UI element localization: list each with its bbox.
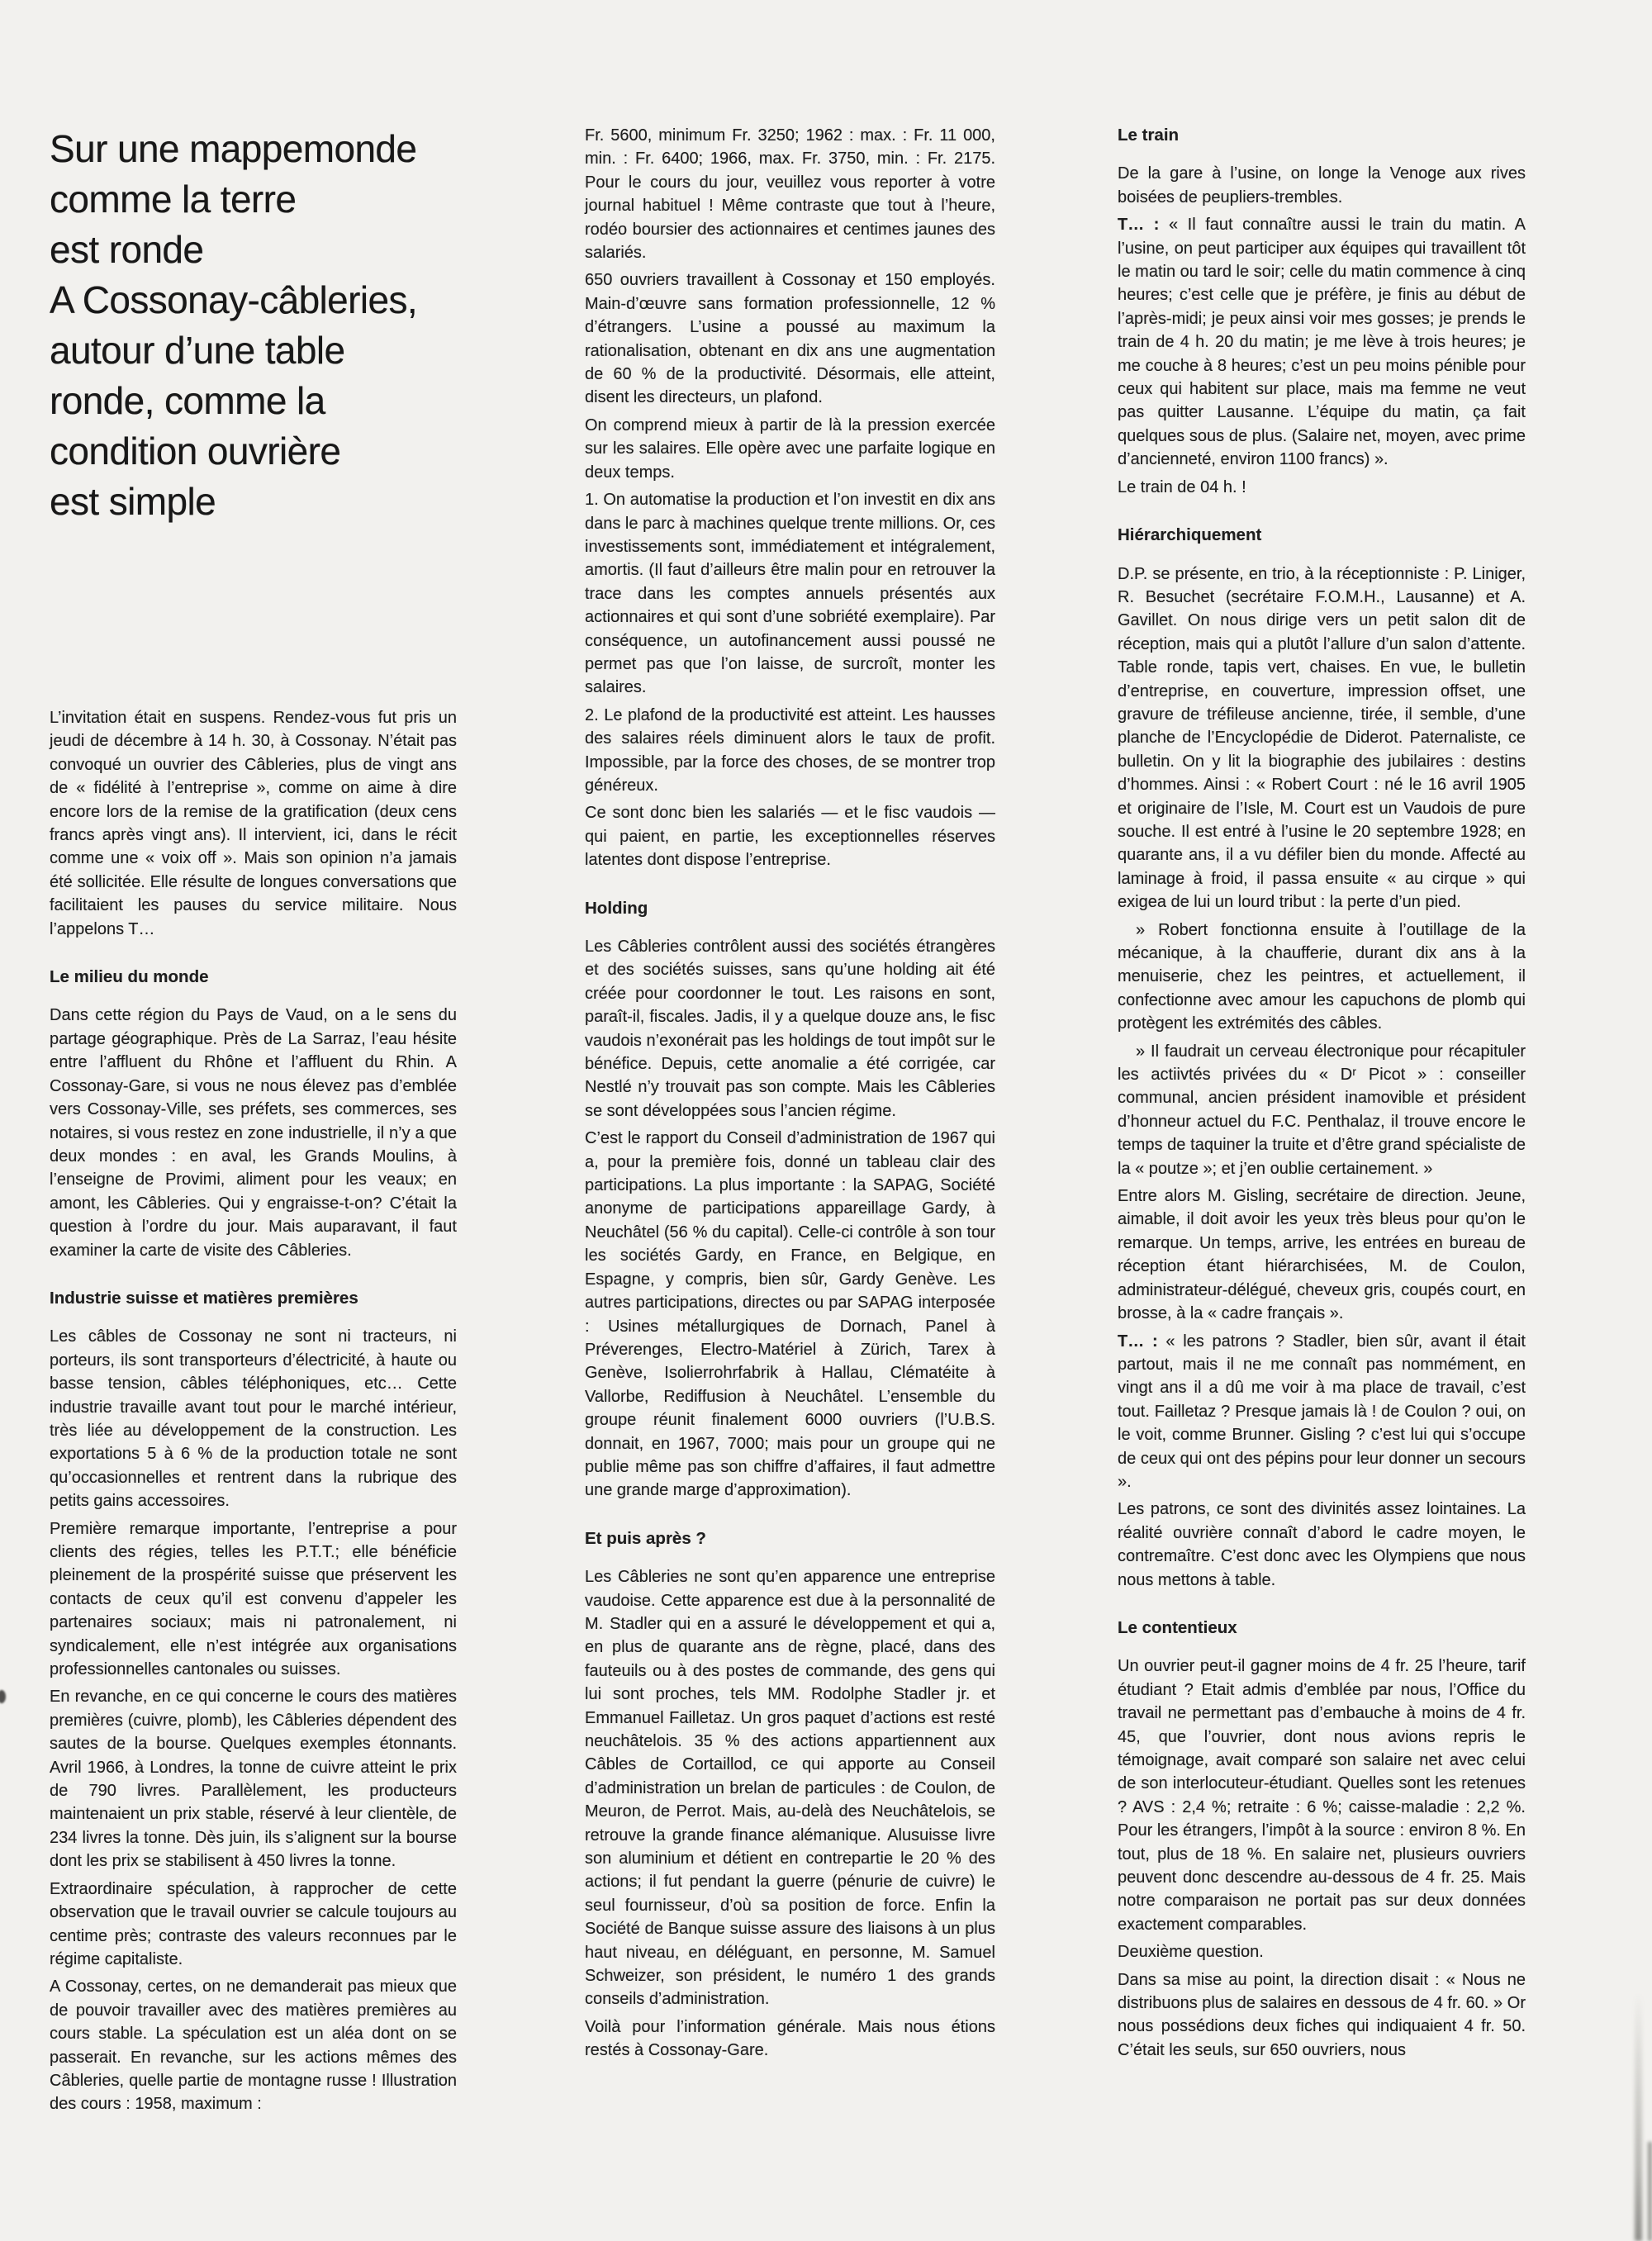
section-heading-le-contentieux: Le contentieux <box>1118 1617 1526 1640</box>
paragraph: Les patrons, ce sont des divinités assez… <box>1118 1498 1526 1592</box>
paragraph: De la gare à l’usine, on longe la Venoge… <box>1118 162 1526 209</box>
paragraph: Voilà pour l’information générale. Mais … <box>585 2015 995 2063</box>
paragraph: Fr. 5600, minimum Fr. 3250; 1962 : max. … <box>585 124 995 264</box>
speaker-label: T… : <box>1118 1332 1165 1351</box>
section-heading-industrie-suisse: Industrie suisse et matières premières <box>50 1287 457 1310</box>
paragraph: Ce sont donc bien les salariés — et le f… <box>585 801 995 871</box>
scan-artifact-right-streak <box>1635 1993 1642 2241</box>
paragraph: C’est le rapport du Conseil d’administra… <box>585 1127 995 1503</box>
column-right: Le train De la gare à l’usine, on longe … <box>1118 124 1526 2066</box>
paragraph: En revanche, en ce qui concerne le cours… <box>50 1685 457 1873</box>
paragraph: Dans cette région du Pays de Vaud, on a … <box>50 1004 457 1261</box>
scan-artifact-corner <box>1648 2142 1652 2241</box>
quote-text: « Il faut connaître aussi le train du ma… <box>1118 216 1526 468</box>
headline-line: ronde, comme la <box>50 376 457 426</box>
paragraph: Un ouvrier peut-il gagner moins de 4 fr.… <box>1118 1655 1526 1936</box>
paragraph: Dans sa mise au point, la direction disa… <box>1118 1968 1526 2063</box>
paragraph: 2. Le plafond de la productivité est att… <box>585 704 995 798</box>
scan-artifact-speck <box>0 1690 6 1703</box>
paragraph-quote-continued: » Il faudrait un cerveau électronique po… <box>1118 1040 1526 1180</box>
speaker-label: T… : <box>1118 216 1169 234</box>
paragraph: A Cossonay, certes, on ne demanderait pa… <box>50 1975 457 2115</box>
section-heading-et-puis-apres: Et puis après ? <box>585 1527 995 1550</box>
headline-line: autour d’une table <box>50 325 457 376</box>
paragraph: Première remarque importante, l’entrepri… <box>50 1517 457 1682</box>
headline-line: est ronde <box>50 225 457 275</box>
paragraph-quote: T… : « Il faut connaître aussi le train … <box>1118 213 1526 471</box>
paragraph: 1. On automatise la production et l’on i… <box>585 488 995 700</box>
paragraph: Extraordinaire spéculation, à rapprocher… <box>50 1878 457 1972</box>
column-left: Sur une mappemonde comme la terre est ro… <box>50 124 457 2120</box>
paragraph-intro: L’invitation était en suspens. Rendez-vo… <box>50 706 457 941</box>
headline-line: Sur une mappemonde <box>50 124 457 174</box>
headline-line: A Cossonay-câbleries, <box>50 275 457 325</box>
paragraph: Les Câbleries contrôlent aussi des socié… <box>585 935 995 1123</box>
paragraph: D.P. se présente, en trio, à la réceptio… <box>1118 563 1526 914</box>
paragraph: Deuxième question. <box>1118 1940 1526 1963</box>
article-headline: Sur une mappemonde comme la terre est ro… <box>50 124 457 527</box>
section-heading-milieu-du-monde: Le milieu du monde <box>50 966 457 989</box>
section-heading-holding: Holding <box>585 897 995 920</box>
column-middle: Fr. 5600, minimum Fr. 3250; 1962 : max. … <box>585 124 995 2067</box>
scanned-article-page: Sur une mappemonde comme la terre est ro… <box>0 0 1652 2241</box>
paragraph: Les câbles de Cossonay ne sont ni tracte… <box>50 1325 457 1512</box>
headline-line: condition ouvrière <box>50 426 457 477</box>
paragraph: Entre alors M. Gisling, secrétaire de di… <box>1118 1185 1526 1325</box>
paragraph: Le train de 04 h. ! <box>1118 476 1526 499</box>
paragraph-quote-continued: » Robert fonctionna ensuite à l’outillag… <box>1118 919 1526 1036</box>
paragraph: On comprend mieux à partir de là la pres… <box>585 414 995 484</box>
section-heading-le-train: Le train <box>1118 124 1526 147</box>
headline-line: comme la terre <box>50 174 457 225</box>
quote-text: « les patrons ? Stadler, bien sûr, avant… <box>1118 1332 1526 1491</box>
paragraph: Les Câbleries ne sont qu’en apparence un… <box>585 1565 995 2011</box>
headline-line: est simple <box>50 477 457 527</box>
paragraph-quote: T… : « les patrons ? Stadler, bien sûr, … <box>1118 1330 1526 1494</box>
paragraph: 650 ouvriers travaillent à Cossonay et 1… <box>585 268 995 409</box>
section-heading-hierarchiquement: Hiérarchiquement <box>1118 524 1526 547</box>
